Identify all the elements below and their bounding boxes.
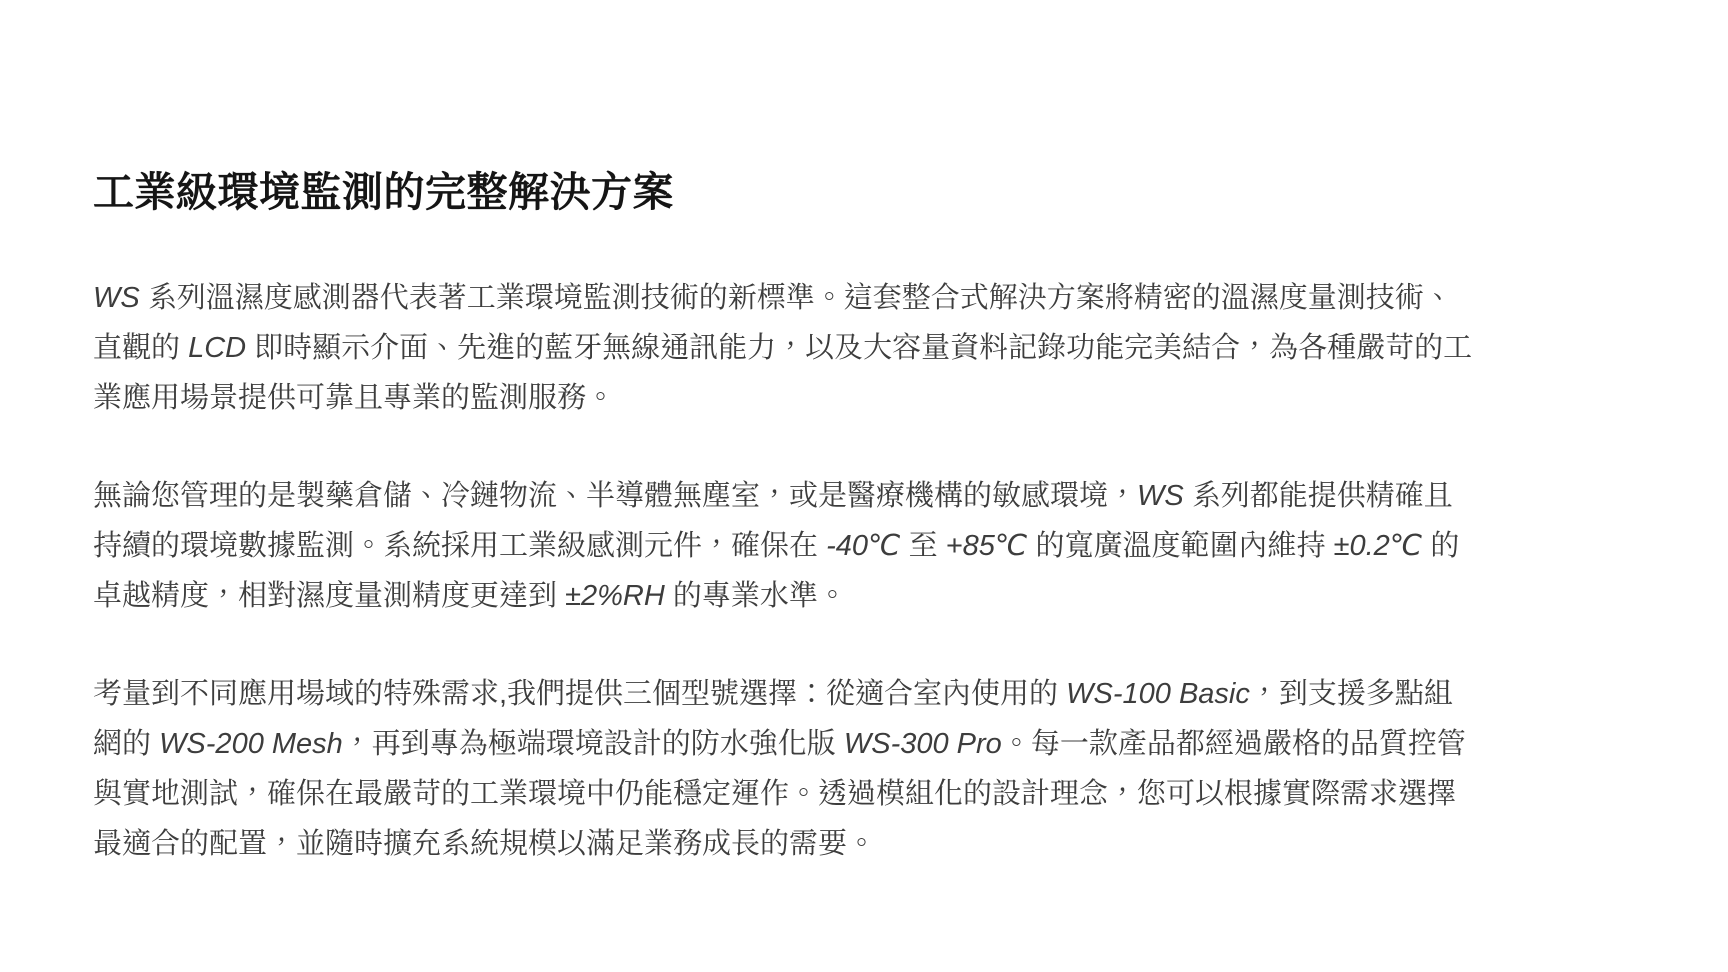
body-text: 的專業水準。 (665, 580, 847, 612)
latin-italic-text: +85℃ (946, 530, 1028, 562)
paragraph-models: 考量到不同應用場域的特殊需求,我們提供三個型號選擇：從適合室內使用的 WS-10… (93, 669, 1475, 869)
latin-italic-text: WS (93, 282, 140, 314)
latin-italic-text: ±0.2℃ (1334, 530, 1423, 562)
page-title: 工業級環境監測的完整解決方案 (93, 168, 1475, 217)
document-page: 工業級環境監測的完整解決方案 WS 系列溫濕度感測器代表著工業環境監測技術的新標… (0, 0, 1728, 972)
body-text: 無論您管理的是製藥倉儲、冷鏈物流、半導體無塵室，或是醫療機構的敏感環境， (93, 480, 1137, 512)
body-text: 至 (901, 530, 946, 562)
latin-italic-text: WS-300 Pro (844, 728, 1002, 760)
latin-italic-text: WS (1137, 480, 1184, 512)
paragraph-overview: WS 系列溫濕度感測器代表著工業環境監測技術的新標準。這套整合式解決方案將精密的… (93, 273, 1475, 423)
body-text: 考量到不同應用場域的特殊需求,我們提供三個型號選擇：從適合室內使用的 (93, 678, 1066, 710)
paragraph-applications-accuracy: 無論您管理的是製藥倉儲、冷鏈物流、半導體無塵室，或是醫療機構的敏感環境，WS 系… (93, 471, 1475, 621)
body-text: 即時顯示介面、先進的藍牙無線通訊能力，以及大容量資料記錄功能完美結合，為各種嚴苛… (93, 332, 1472, 414)
article: 工業級環境監測的完整解決方案 WS 系列溫濕度感測器代表著工業環境監測技術的新標… (93, 0, 1475, 869)
latin-italic-text: LCD (188, 332, 246, 364)
latin-italic-text: -40℃ (826, 530, 900, 562)
latin-italic-text: WS-200 Mesh (159, 728, 343, 760)
body-text: 的寬廣溫度範圍內維持 (1027, 530, 1333, 562)
latin-italic-text: ±2%RH (565, 580, 665, 612)
body-text: ，再到專為極端環境設計的防水強化版 (343, 728, 844, 760)
latin-italic-text: WS-100 Basic (1066, 678, 1250, 710)
